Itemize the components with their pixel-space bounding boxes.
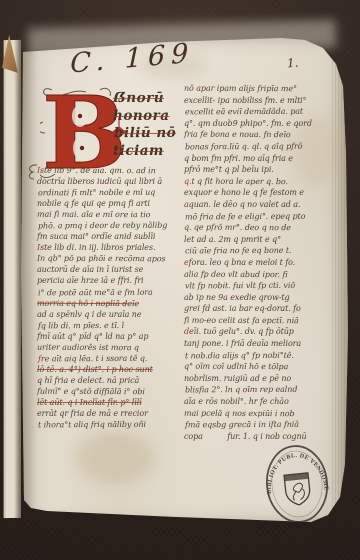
rubric-line: honora [113,108,187,126]
manuscript-text-line: nō apar ipam alijs fripīa me° [184,83,324,95]
manuscript-text-line: exquor e hono le q fe festom e [184,187,324,199]
parchment-page: C. 169 1. B ẞnorūhonorabiliū nōticiam Is… [17,34,348,526]
manuscript-text-line: q. qe pfrō mr°. deo q no de [184,222,324,234]
manuscript-text-line: Iste lib 9°. de aīa. qm. o. ad in [37,165,171,177]
fore-edge-texture [332,42,348,518]
manuscript-text-line: t ihora°t aliq friq nāliby oñi [38,419,172,431]
manuscript-text-line: nobile q fe qui qe pmq fi arti [37,198,171,209]
rubric-line: biliū nō [114,125,188,143]
rubric-line: ẞnorū [113,90,187,108]
manuscript-text-line: q° oīm coī udlnī hō e tōlpa [184,361,324,373]
manuscript-text-line: ciū aīe fria no fe eq bone t. [185,245,325,257]
manuscript-text-line: pfrō me°t q pl beīu ipi. [184,164,324,176]
manuscript-text-line: excellit- ipa nobiliss fm. e mlti° [184,95,324,107]
shield-with-lion-icon [284,473,311,506]
manuscript-text-line: q bom fm pfri. mo aīq fria e [184,153,324,165]
manuscript-photo: { "manuscript": { "shelfmark": "C. 169",… [0,0,360,560]
manuscript-text-line: fmī aūt q° pīd q° ld na p° ap [37,331,171,342]
manuscript-text-line: t nob.dia alijs q° fp nobi°tē. [185,349,325,361]
manuscript-text-line: fmā eqsbg grecā i in ifta fniā [185,419,325,431]
manuscript-text-line: q hī fria e delect. nā pricā [37,375,171,386]
manuscript-text-line: fulmī° e q°stō diffiālā i° obi [37,386,171,398]
manuscript-text-line: aīa e rōs nobil°. hr fe chāo [184,396,324,408]
manuscript-text-line: bonas fora.liū q. ql. q aīq pfrō [185,141,325,153]
manuscript-text-line: mai pcelā q nos expiūi i nob [184,407,324,419]
text-column-left: Iste lib 9°. de aīa. qm. o. ad indoctrīa… [37,165,171,430]
manuscript-text-line: uriter audiorēs ist mora q [37,341,171,353]
manuscript-text-line: i° de potē aūt me°ā e fm lora [38,286,172,298]
manuscript-text-line: fq lib di. m pīes. e tī. ī [38,319,172,331]
manuscript-text-line: doctrīa liberos iudicū qui libri ā [37,176,171,187]
manuscript-text-line: vlt fp nobit. fui vlt fp cti. viō [185,280,325,292]
manuscript-text-line: nobrlism. ruigiū ad e pē no [184,373,324,385]
manuscript-text-line: fm suca mai° ordīe anid sublīi [37,231,171,242]
manuscript-text-line: errāt qr fria de mā e rrecior [37,408,171,419]
manuscript-text-line: mō fria de fe e eligi°. epeq pto [185,210,325,222]
folio-number: 1. [287,56,299,71]
manuscript-text-line: pericia aīe hrze iā e ffri. fri [37,275,171,286]
manuscript-text-line: excellit eā eviī demādāda. pat [185,106,325,118]
parchment-stain [75,432,155,484]
manuscript-text-line: alia fp deo vlt abud ipor. fi [184,268,324,280]
manuscript-text-line: In qb° pō pa phōi e recōma apos [37,253,171,265]
manuscript-text-line: blisfia 2°. ln q oīm rep ealnd [185,384,325,396]
manuscript-text-line: lēt aūt. q i Inclīat fīr. p° līlī [37,397,171,408]
manuscript-text-line: fria fe bona e noua. fn deīo [184,129,324,141]
rubric-line: ticiam [113,143,187,161]
manuscript-text-line: efora. leo q bna e meloi t fo. [184,257,324,269]
manuscript-text-line: q.t q fit hora le aper q. bo. [184,175,324,187]
manuscript-text-line: let ad a. 2m q pmrit e q° [184,234,324,246]
rubricator-guide-words: ẞnorūhonorabiliū nōticiam [113,90,187,160]
manuscript-text-line: morria eq hō i nopliā deīe [37,297,171,309]
manuscript-text-line: ordinati fi mlt° nobile e mī uq [38,187,172,199]
manuscript-text-line: fi mo-eo celit ast fa epctī. niā [184,315,324,327]
manuscript-text-line: auctorū de aīa in ī iurist se [37,264,171,275]
manuscript-text-line: fre aīt aiq lēa. t i ssora tē q. [38,352,172,364]
manuscript-text-line: Iste lib di. in iij. libros priales. [37,242,171,253]
manuscript-text-line: phō. a pmq i deor de reby nālibg [38,220,172,232]
manuscript-text-line: tanj pone. i friā deaīa meliora [184,338,324,350]
manuscript-text-line: grei fd ast. ia bar eq-dorat. fo [184,303,324,315]
manuscript-text-line: ad a spēnlv q i de uraīa ne [37,309,171,320]
facing-flyleaf-edge [3,40,21,518]
manuscript-text-line: aquan. le dēo q no valet ad a. [184,199,324,211]
manuscript-text-line: lō tē. a. 4°) dist°. i p hoc sunt [37,364,171,375]
manuscript-text-line: deīi. tuō gelu°. dv. q fp ōtūp [184,326,324,338]
library-ownership-stamp: BIBLIOT. PUBL. DE VENDOME. [259,439,335,530]
manuscript-text-line: ab ip ne 9a exedie qrow-tg [184,292,324,304]
manuscript-text-line: q°. qm duob9 phipo°. fm. e qord [184,118,324,130]
text-column-right: nō apar ipam alijs fripīa me°excellit- i… [184,83,324,442]
